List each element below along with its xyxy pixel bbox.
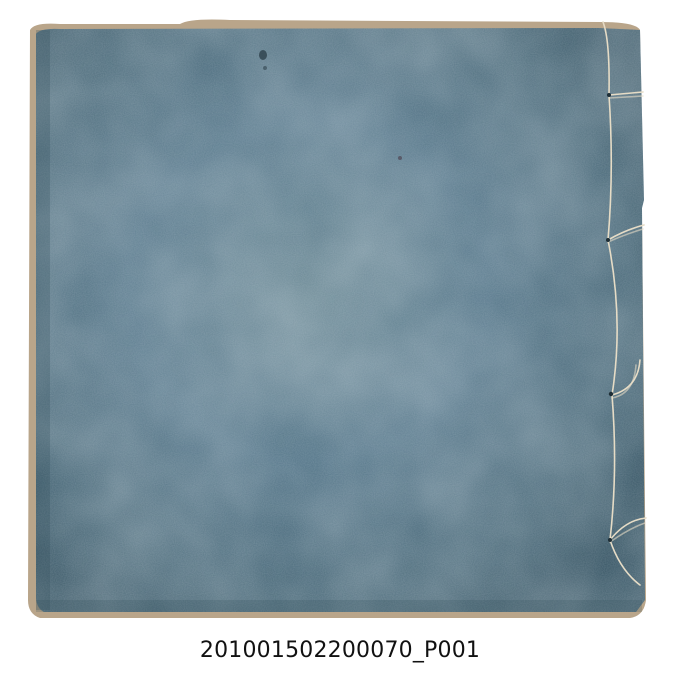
image-caption: 201001502200070_P001	[0, 636, 680, 666]
book-cover-photo	[0, 0, 680, 630]
